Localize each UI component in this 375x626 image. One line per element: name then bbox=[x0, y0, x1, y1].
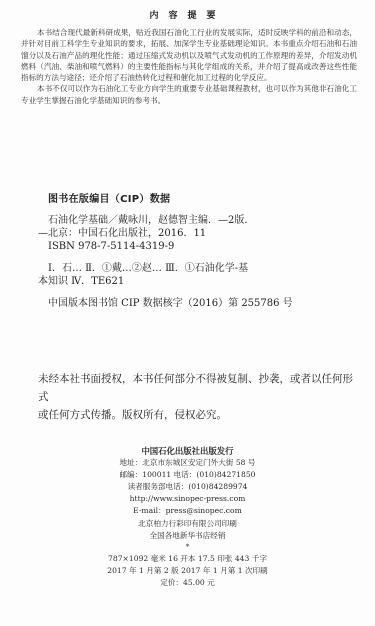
copyright-page: 内容提要 本书结合现代最新科研成果，贴近我国石油化工行业的发展实际，适时反映学科… bbox=[0, 0, 375, 626]
publisher-postcode-phone: 邮编：100011 电话：(010)84271850 bbox=[0, 469, 375, 481]
cip-record-number: 中国版本图书馆 CIP 数据核字（2016）第 255786 号 bbox=[38, 297, 338, 310]
distributor-info: 全国各地新华书店经销 bbox=[0, 530, 375, 542]
publisher-address: 地址：北京市东城区安定门外大街 58 号 bbox=[0, 457, 375, 469]
edition-info: 2017 年 1 月第 2 版 2017 年 1 月第 1 次印刷 bbox=[0, 565, 375, 577]
cip-title-line: 石油化学基础／戴咏川，赵德智主编．—2版． bbox=[38, 214, 338, 227]
price: 定价：45.00 元 bbox=[0, 577, 375, 589]
copyright-line: 或任何方式传播。版权所有，侵权必究。 bbox=[38, 406, 358, 424]
publisher-name: 中国石化出版社出版发行 bbox=[0, 445, 375, 457]
abstract-paragraph: 本书不仅可以作为石油化工专业方向学生的重要专业基础课程教材，也可以作为其他非石油… bbox=[21, 83, 357, 106]
abstract-body: 本书结合现代最新科研成果，贴近我国石油化工行业的发展实际，适时反映学科的前沿和动… bbox=[21, 27, 357, 106]
cip-data-block: 图书在版编目（CIP）数据 石油化学基础／戴咏川，赵德智主编．—2版． —北京：… bbox=[38, 190, 338, 310]
publisher-info: 中国石化出版社出版发行 地址：北京市东城区安定门外大街 58 号 邮编：1000… bbox=[0, 445, 375, 589]
cip-heading: 图书在版编目（CIP）数据 bbox=[48, 190, 338, 205]
reader-service-phone: 读者服务部电话：(010)84289974 bbox=[0, 481, 375, 493]
publisher-email: E-mail：press@sinopec.com bbox=[0, 505, 375, 517]
cip-isbn-line: ISBN 978-7-5114-4319-9 bbox=[38, 240, 338, 253]
printer-info: 北京柏力行彩印有限公司印刷 bbox=[0, 518, 375, 530]
separator-star: * bbox=[0, 542, 375, 553]
cip-classification-line: 本知识 Ⅳ．TE621 bbox=[38, 275, 338, 288]
copyright-notice: 未经本社书面授权，本书任何部分不得被复制、抄袭，或者以任何形式 或任何方式传播。… bbox=[38, 370, 358, 424]
abstract-title: 内容提要 bbox=[0, 8, 375, 21]
book-format: 787×1092 毫米 16 开本 17.5 印张 443 千字 bbox=[0, 553, 375, 565]
cip-classification-line: Ⅰ．石… Ⅱ．①戴…②赵… Ⅲ．①石油化学-基 bbox=[38, 262, 338, 275]
publisher-website: http://www.sinopec-press.com bbox=[0, 493, 375, 505]
abstract-paragraph: 本书结合现代最新科研成果，贴近我国石油化工行业的发展实际，适时反映学科的前沿和动… bbox=[21, 27, 357, 83]
copyright-line: 未经本社书面授权，本书任何部分不得被复制、抄袭，或者以任何形式 bbox=[38, 370, 358, 406]
cip-publisher-line: —北京：中国石化出版社，2016．11 bbox=[38, 227, 338, 240]
